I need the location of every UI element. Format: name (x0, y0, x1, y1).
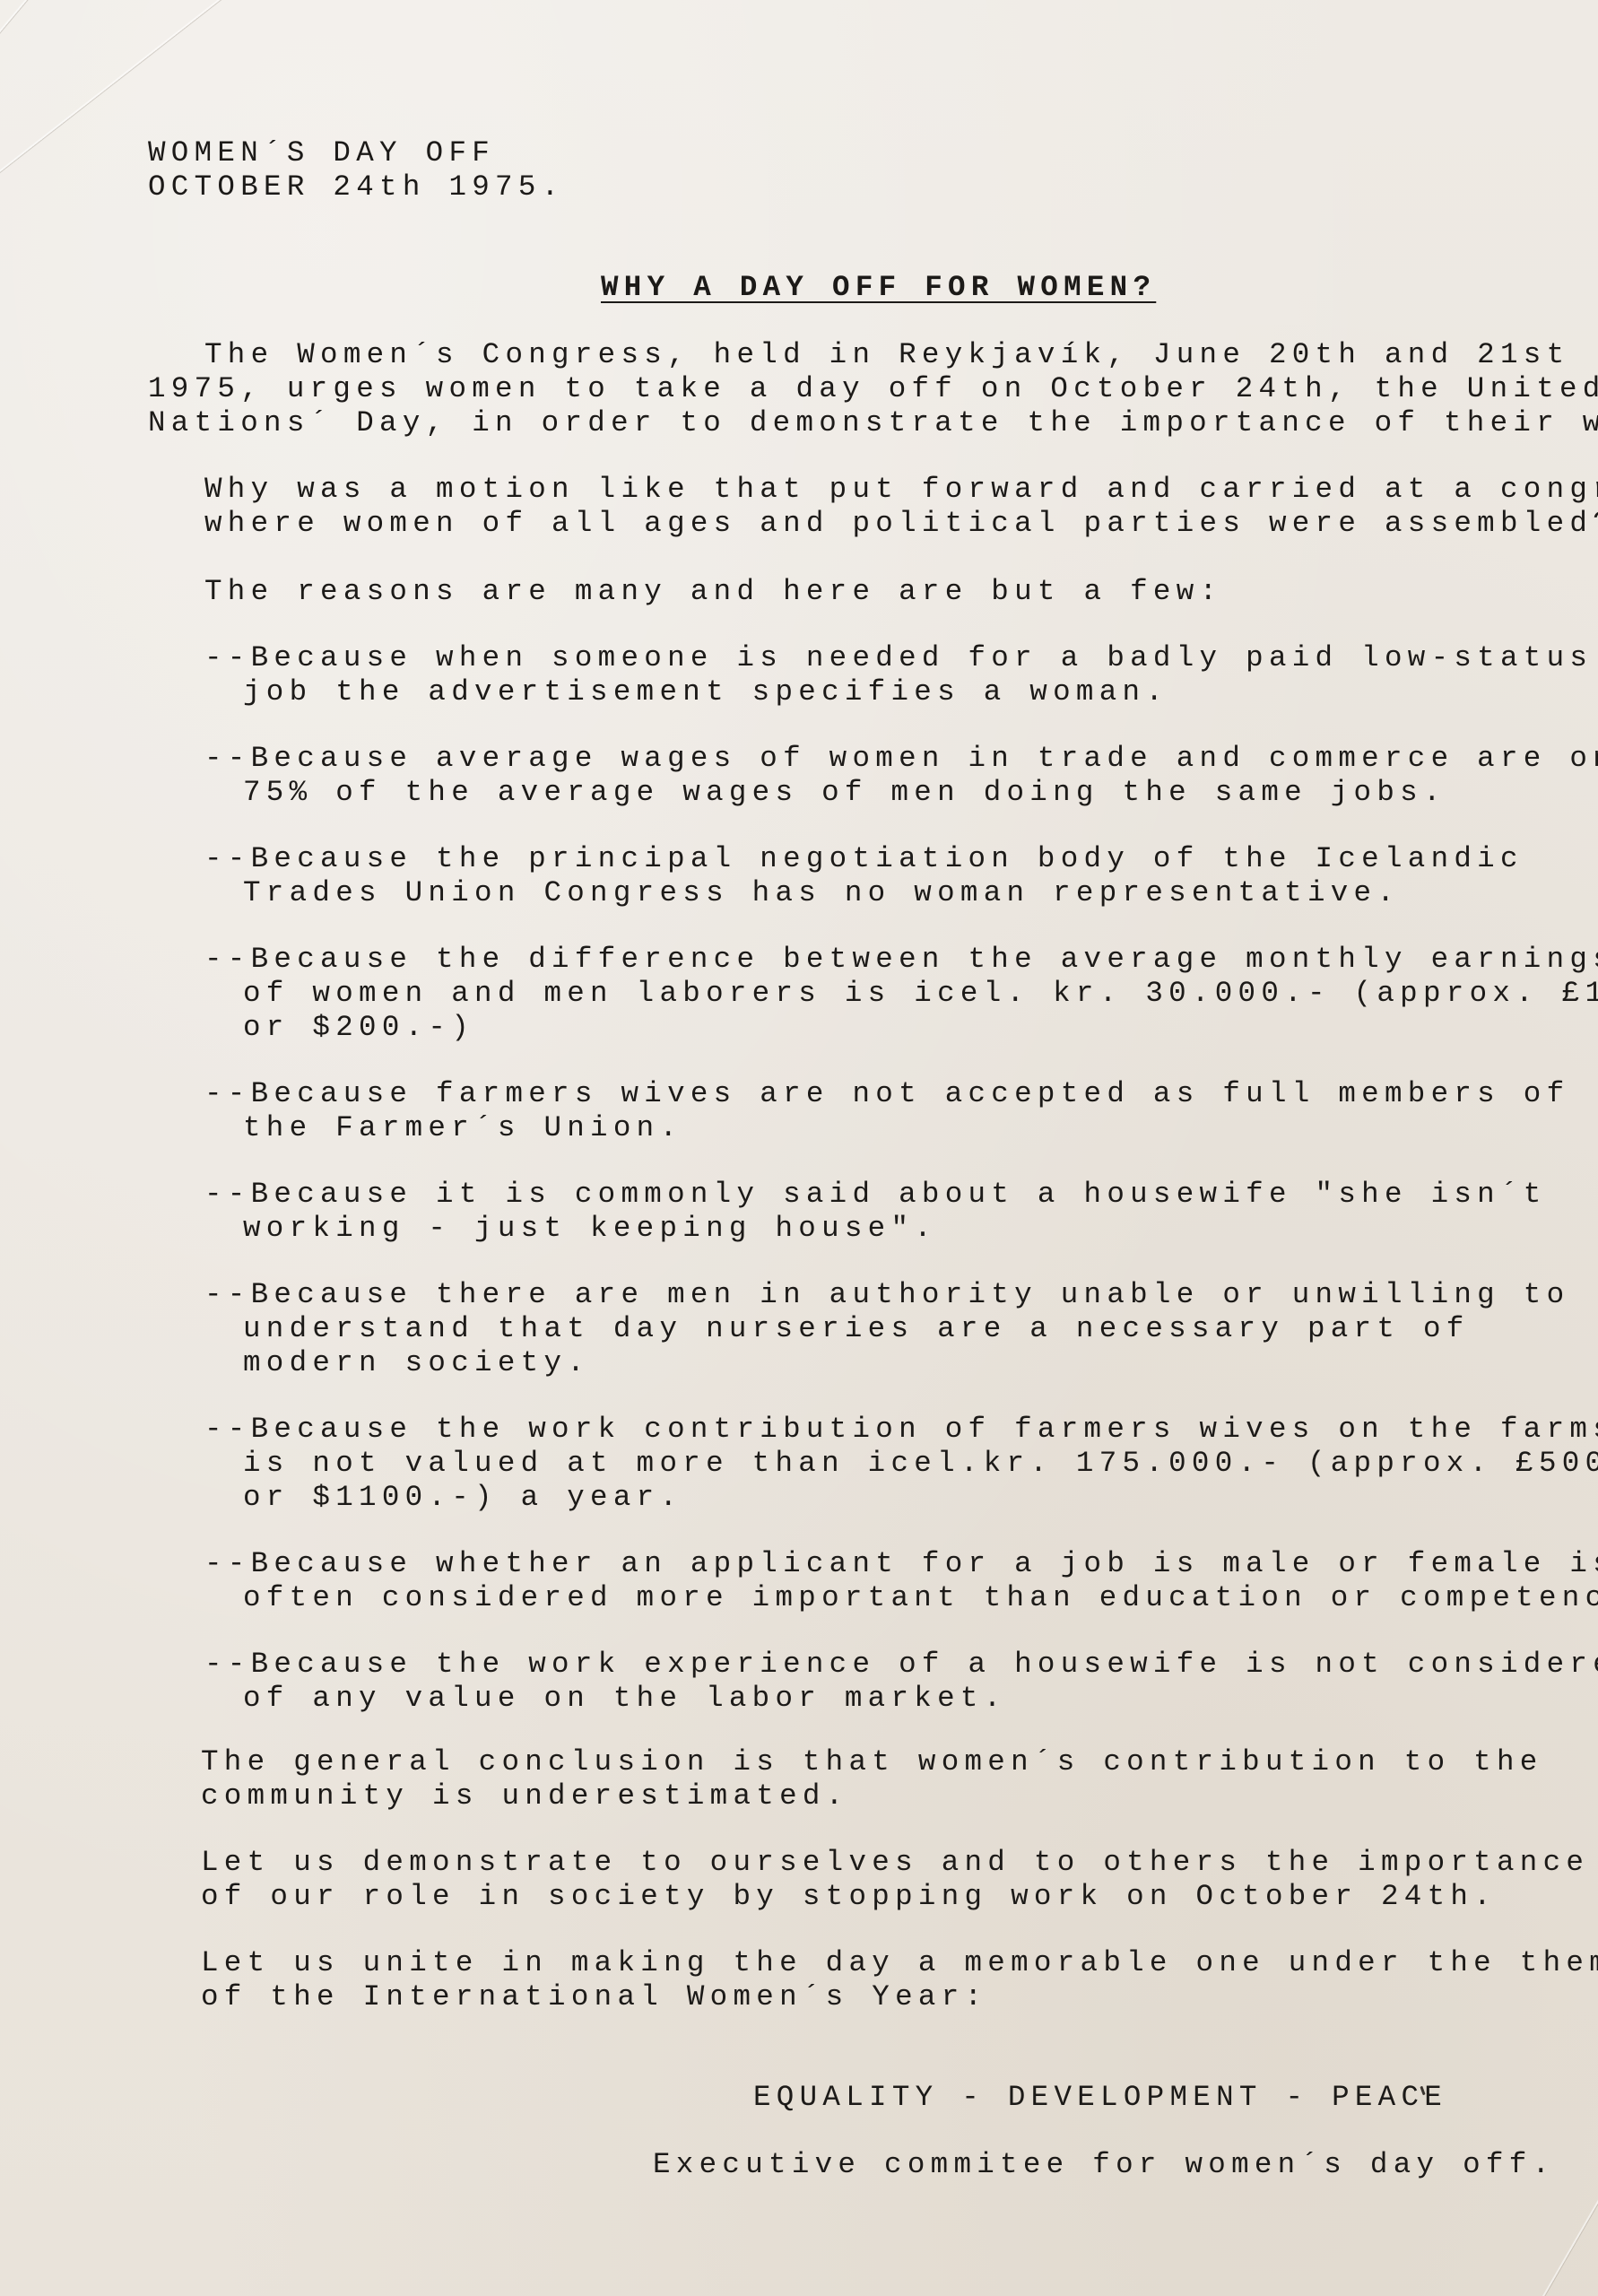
reason-line: 75% of the average wages of men doing th… (243, 776, 1446, 810)
reason-line: is not valued at more than icel.kr. 175.… (243, 1447, 1598, 1481)
reason-line: --Because it is commonly said about a ho… (204, 1178, 1547, 1212)
signature: Executive commitee for women´s day off. (653, 2148, 1555, 2182)
reason-line: of any value on the labor market. (243, 1682, 1007, 1716)
reason-line: --Because average wages of women in trad… (204, 742, 1598, 776)
reason-line: understand that day nurseries are a nece… (243, 1312, 1470, 1346)
header-event-name: WOMEN´S DAY OFF (148, 136, 495, 170)
document-title: WHY A DAY OFF FOR WOMEN? (601, 271, 1156, 305)
reason-line: job the advertisement specifies a woman. (243, 675, 1168, 709)
reason-line: the Farmer´s Union. (243, 1111, 682, 1145)
reason-line: Trades Union Congress has no woman repre… (243, 876, 1400, 910)
reason-line: --Because the principal negotiation body… (204, 842, 1524, 876)
paragraph-line: The general conclusion is that women´s c… (201, 1745, 1543, 1779)
reason-line: --Because the work contribution of farme… (204, 1413, 1598, 1447)
reason-line: --Because whether an applicant for a job… (204, 1547, 1598, 1581)
paragraph-line: Nations´ Day, in order to demonstrate th… (148, 406, 1598, 440)
paragraph-line: 1975, urges women to take a day off on O… (148, 372, 1598, 406)
paragraph-line: of our role in society by stopping work … (201, 1880, 1497, 1914)
reason-line: --Because there are men in authority una… (204, 1278, 1569, 1312)
reason-line: often considered more important than edu… (243, 1581, 1598, 1615)
paragraph-line: Let us demonstrate to ourselves and to o… (201, 1846, 1589, 1880)
reason-line: working - just keeping house". (243, 1212, 937, 1246)
reason-line: or $1100.-) a year. (243, 1481, 682, 1515)
motto: EQUALITY - DEVELOPMENT - PEACE (753, 2081, 1447, 2115)
paragraph-line: of the International Women´s Year: (201, 1980, 987, 2014)
reasons-intro: The reasons are many and here are but a … (204, 575, 1222, 609)
reason-line: --Because when someone is needed for a b… (204, 641, 1593, 675)
reason-line: --Because farmers wives are not accepted… (204, 1077, 1569, 1111)
header-date: OCTOBER 24th 1975. (148, 170, 564, 204)
reason-line: --Because the work experience of a house… (204, 1648, 1598, 1682)
paragraph-line: Why was a motion like that put forward a… (204, 473, 1598, 507)
reason-line: modern society. (243, 1346, 590, 1380)
paragraph-line: Let us unite in making the day a memorab… (201, 1946, 1598, 1980)
reason-line: --Because the difference between the ave… (204, 943, 1598, 977)
reason-line: or $200.-) (243, 1011, 474, 1045)
paragraph-line: community is underestimated. (201, 1779, 849, 1813)
paragraph-line: where women of all ages and political pa… (204, 507, 1598, 541)
reason-line: of women and men laborers is icel. kr. 3… (243, 977, 1598, 1011)
paragraph-line: The Women´s Congress, held in Reykjavík,… (204, 338, 1569, 372)
